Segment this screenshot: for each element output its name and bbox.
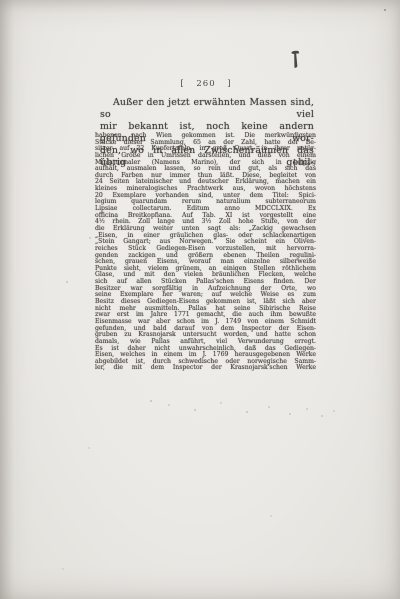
- scan-speck: [89, 237, 91, 239]
- scan-noise-band: [150, 400, 152, 402]
- scanned-book-page: [ 260 ] Außer den jetzt erwähnten Massen…: [0, 0, 400, 599]
- text-line-36: ler, die mit dem Inspector der Krasnojar…: [95, 365, 316, 372]
- footnote-block: habenen nach Wien gekommen ist. Die merk…: [95, 133, 316, 372]
- scan-speck: [66, 281, 68, 283]
- scan-speck: [384, 9, 386, 11]
- paper-background: [ 260 ] Außer den jetzt erwähnten Massen…: [0, 0, 400, 599]
- scan-edge-shadow: [0, 0, 14, 599]
- text-line-1: Außer den jetzt erwähnten Massen sind, s…: [100, 97, 314, 121]
- ink-smudge-icon: [291, 50, 300, 70]
- page-number: [ 260 ]: [95, 79, 317, 89]
